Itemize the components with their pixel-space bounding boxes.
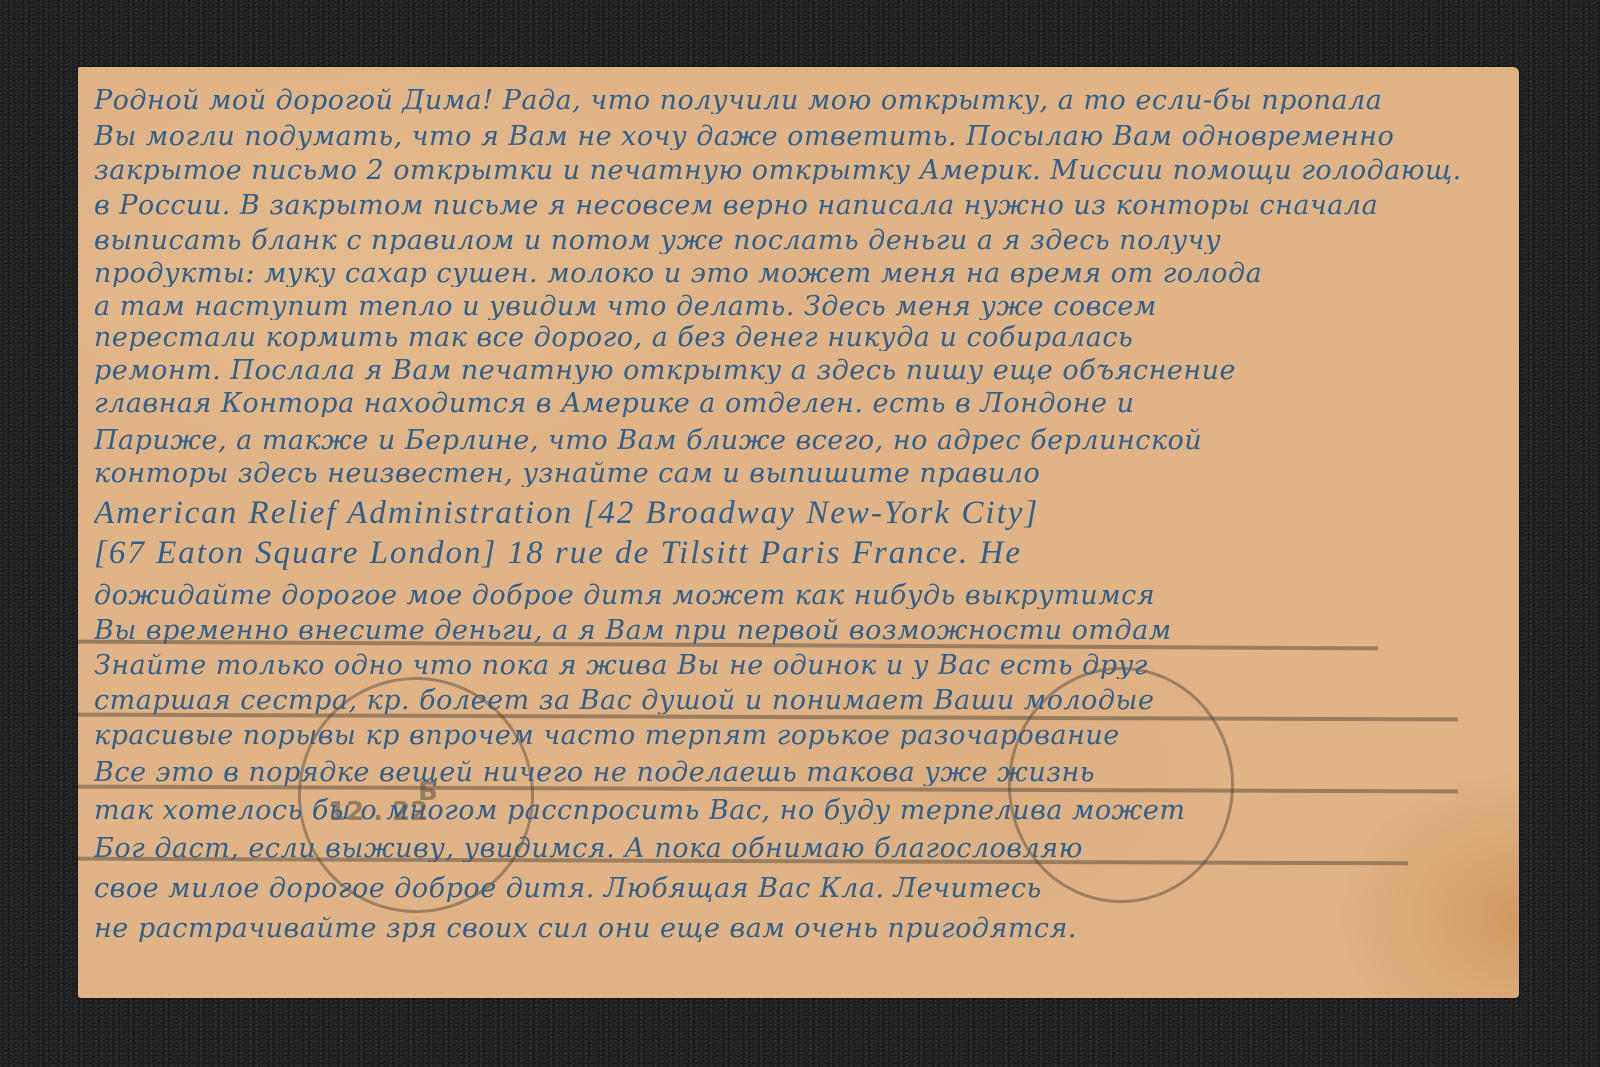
text-line: выписать бланк с правилом и потом уже по… [94,227,1509,254]
text-line: Бог даст, если выживу, увидимся. А пока … [94,835,1509,862]
text-line: Знайте только одно что пока я жива Вы не… [94,652,1509,679]
text-line: свое милое дорогое доброе дитя. Любящая … [94,875,1509,902]
text-line: в России. В закрытом письме я несовсем в… [94,192,1509,219]
text-line: продукты: муку сахар сушен. молоко и это… [94,260,1509,287]
text-line: красивые порывы кр впрочем часто терпят … [94,722,1509,749]
text-line: Родной мой дорогой Дима! Рада, что получ… [94,87,1509,114]
text-line: не растрачивайте зря своих сил они еще в… [94,915,1509,942]
text-line: дожидайте дорогое мое доброе дитя может … [94,582,1509,609]
text-line: конторы здесь неизвестен, узнайте сам и … [94,460,1509,487]
text-line: а там наступит тепло и увидим что делать… [94,293,1509,320]
text-line: закрытое письмо 2 открытки и печатную от… [94,157,1509,184]
text-line: Все это в порядке вещей ничего не подела… [94,759,1509,786]
text-line: главная Контора находится в Америке а от… [94,390,1509,417]
text-line: так хотелось бы о многом расспросить Вас… [94,797,1509,824]
text-line: ремонт. Послала я Вам печатную открытку … [94,357,1509,384]
postcard: 12 . 22 Б Родной мой дорогой Дима! Рада,… [78,67,1519,998]
text-line: перестали кормить так все дорого, а без … [94,324,1509,351]
text-line: Вы могли подумать, что я Вам не хочу даж… [94,123,1509,150]
text-line: Вы временно внесите деньги, а я Вам при … [94,617,1509,644]
address-line-ara: American Relief Administration [42 Broad… [94,497,1509,530]
address-line-london-paris: [67 Eaton Square London] 18 rue de Tilsi… [94,537,1509,570]
text-line: старшая сестра, кр. болеет за Вас душой … [94,687,1509,714]
text-line: Париже, а также и Берлине, что Вам ближе… [94,427,1509,454]
